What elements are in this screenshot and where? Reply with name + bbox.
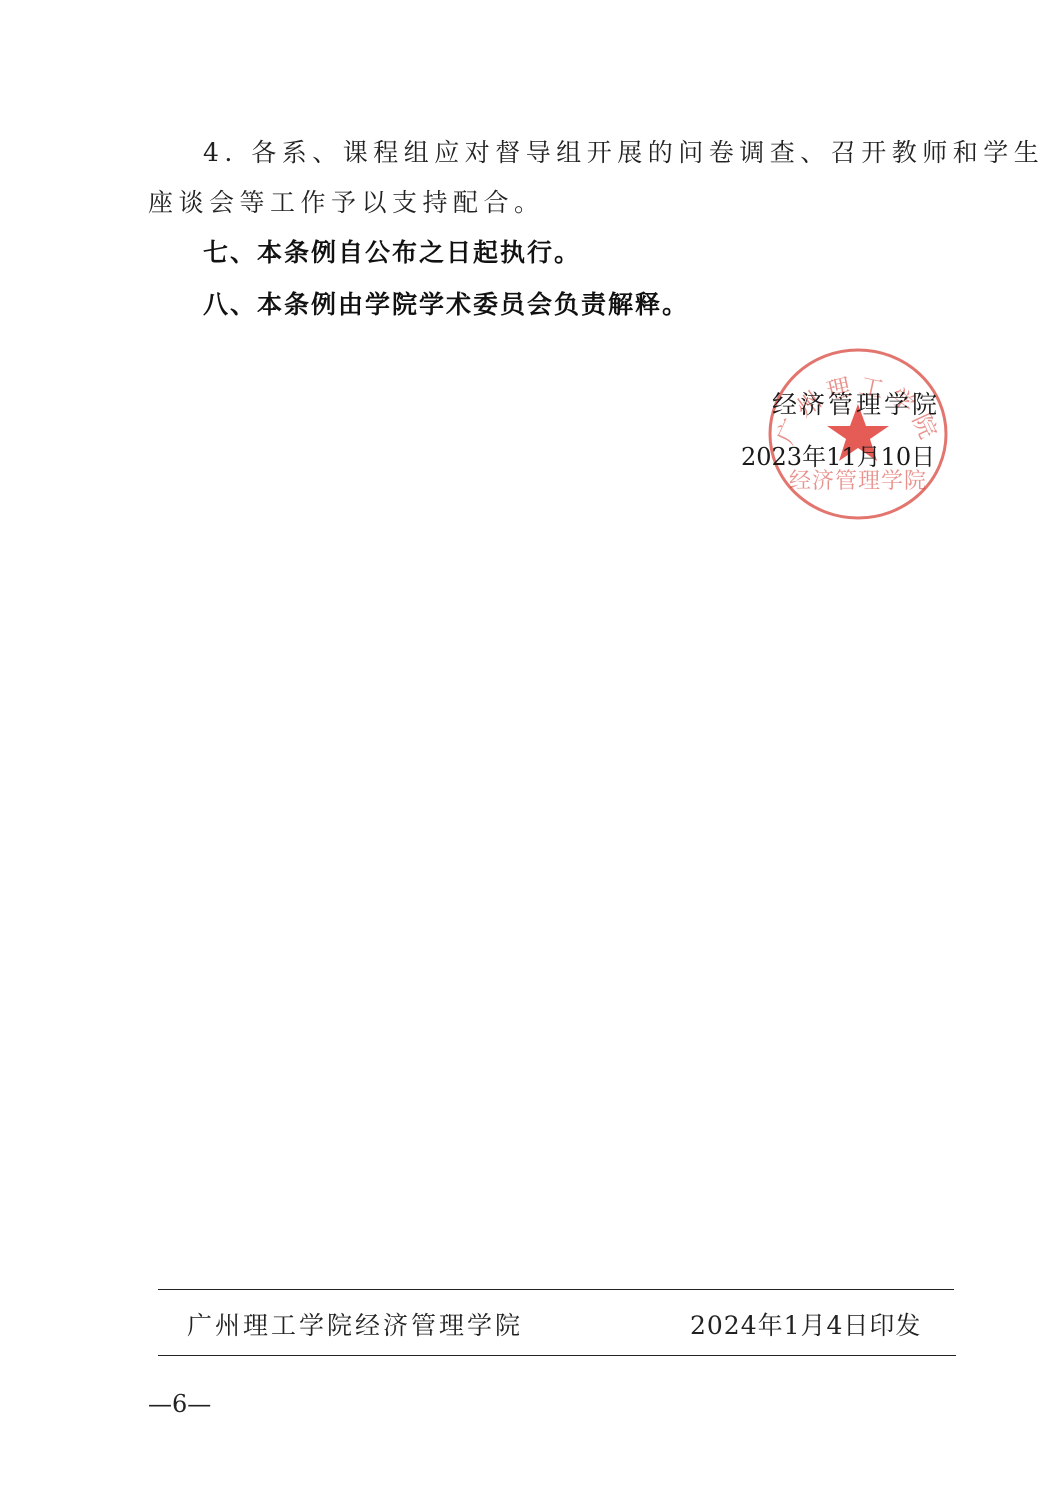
footer-top-rule [158, 1289, 954, 1290]
page-number: —6— [148, 1390, 211, 1418]
footer-issue-date: 2024年1月4日印发 [690, 1306, 921, 1342]
signature-organization: 经济管理学院 [772, 385, 940, 421]
official-seal-icon: 广州理工学院 经济管理学院 [765, 346, 951, 522]
item-4-line-1: 4. 各系、课程组应对督导组开展的问卷调查、召开教师和学生 [203, 133, 1044, 169]
article-8: 八、本条例由学院学术委员会负责解释。 [203, 285, 689, 321]
footer-bottom-rule [158, 1355, 956, 1356]
footer-issuer: 广州理工学院经济管理学院 [187, 1306, 523, 1342]
document-page: 4. 各系、课程组应对督导组开展的问卷调查、召开教师和学生 座谈会等工作予以支持… [0, 0, 1048, 1485]
signature-date: 2023年11月10日 [741, 437, 935, 472]
svg-text:经济管理学院: 经济管理学院 [789, 469, 927, 494]
article-7: 七、本条例自公布之日起执行。 [203, 233, 581, 269]
item-4-line-2: 座谈会等工作予以支持配合。 [148, 183, 545, 219]
